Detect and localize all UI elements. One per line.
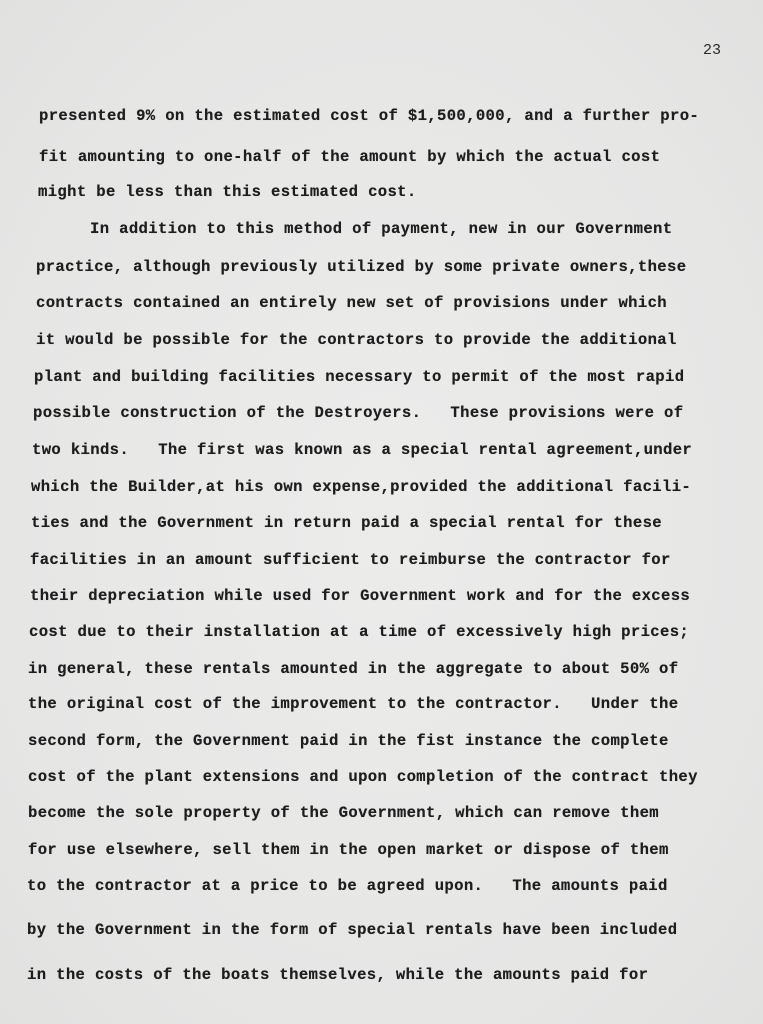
text-line: second form, the Government paid in the … [28, 732, 669, 750]
text-line: which the Builder,at his own expense,pro… [31, 478, 691, 496]
text-line: in general, these rentals amounted in th… [28, 660, 678, 678]
text-line: fit amounting to one-half of the amount … [39, 148, 660, 166]
text-line: it would be possible for the contractors… [36, 331, 677, 349]
text-line: contracts contained an entirely new set … [36, 294, 667, 312]
text-line: two kinds. The first was known as a spec… [32, 441, 692, 459]
text-line: plant and building facilities necessary … [34, 368, 684, 386]
text-line: facilities in an amount sufficient to re… [30, 551, 671, 569]
document-page: 23 presented 9% on the estimated cost of… [0, 0, 763, 1024]
page-number: 23 [703, 42, 721, 59]
text-line: their depreciation while used for Govern… [30, 587, 690, 605]
text-line: In addition to this method of payment, n… [90, 220, 672, 238]
text-line: cost of the plant extensions and upon co… [28, 768, 698, 786]
text-line: cost due to their installation at a time… [29, 623, 689, 641]
text-line: the original cost of the improvement to … [28, 695, 678, 713]
text-line: ties and the Government in return paid a… [31, 514, 662, 532]
text-line: in the costs of the boats themselves, wh… [27, 966, 648, 984]
text-line: become the sole property of the Governme… [28, 804, 659, 822]
text-line: might be less than this estimated cost. [38, 183, 417, 201]
text-line: by the Government in the form of special… [27, 921, 677, 939]
text-line: possible construction of the Destroyers.… [33, 404, 683, 422]
text-line: for use elsewhere, sell them in the open… [28, 841, 669, 859]
text-line: practice, although previously utilized b… [36, 258, 686, 276]
text-line: to the contractor at a price to be agree… [27, 877, 668, 895]
text-line: presented 9% on the estimated cost of $1… [39, 107, 699, 125]
